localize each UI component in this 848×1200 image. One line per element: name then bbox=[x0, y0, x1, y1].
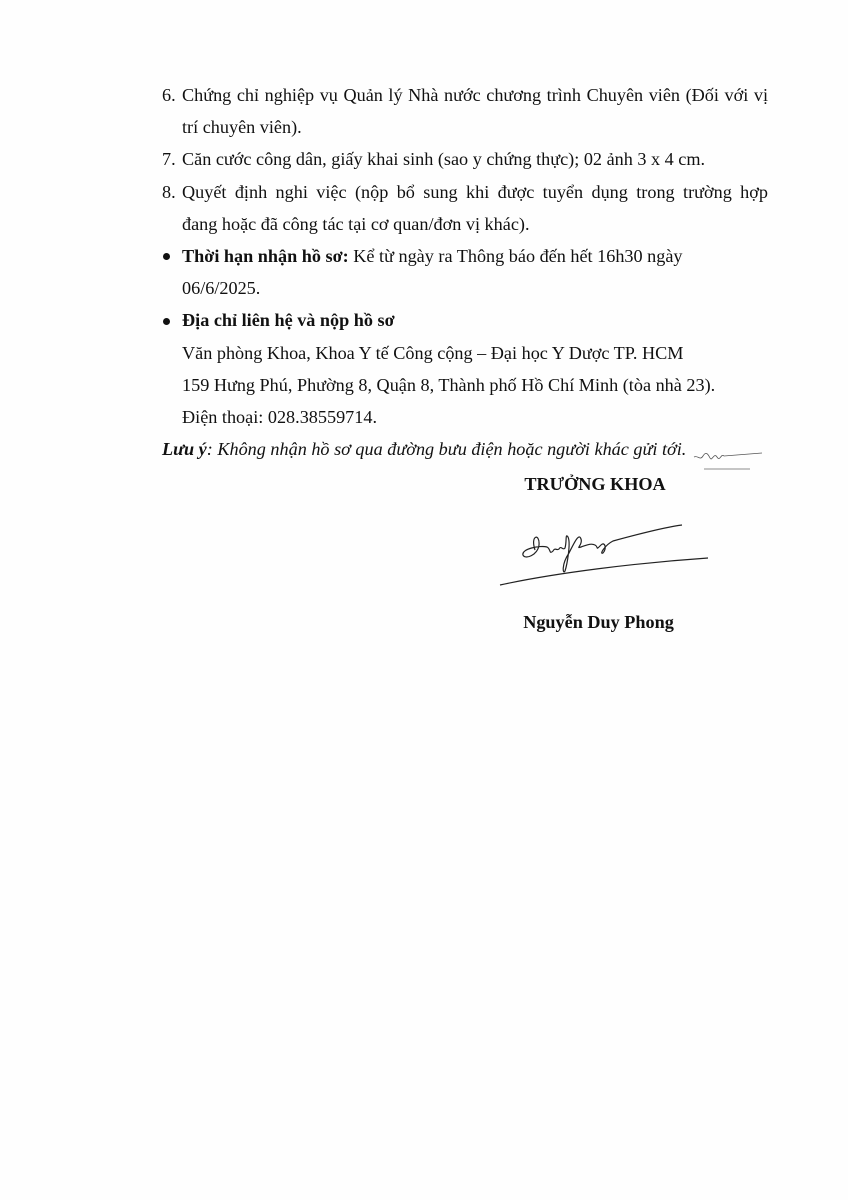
note-text: : Không nhận hồ sơ qua đường bưu điện ho… bbox=[207, 439, 687, 459]
list-item-6: 6.Chứng chỉ nghiệp vụ Quản lý Nhà nước c… bbox=[162, 84, 768, 106]
note-label: Lưu ý bbox=[162, 439, 207, 459]
contact-label: Địa chỉ liên hệ và nộp hồ sơ bbox=[182, 309, 395, 331]
list-item-8: 8.Quyết định nghi việc (nộp bổ sung khi … bbox=[162, 181, 768, 203]
contact-office: Văn phòng Khoa, Khoa Y tế Công cộng – Đạ… bbox=[182, 342, 683, 364]
deadline-label: Thời hạn nhận hồ sơ: bbox=[182, 246, 349, 266]
list-item-text: Chứng chỉ nghiệp vụ Quản lý Nhà nước chư… bbox=[182, 85, 768, 105]
contact-heading: Địa chỉ liên hệ và nộp hồ sơ bbox=[182, 310, 395, 330]
list-item-text: Căn cước công dân, giấy khai sinh (sao y… bbox=[182, 149, 705, 169]
deadline-date: 06/6/2025. bbox=[182, 277, 260, 299]
list-number: 8. bbox=[162, 181, 182, 203]
document-page: 6.Chứng chỉ nghiệp vụ Quản lý Nhà nước c… bbox=[0, 0, 848, 1200]
signature-title: TRƯỞNG KHOA bbox=[480, 474, 710, 495]
list-item-text: Quyết định nghi việc (nộp bổ sung khi đư… bbox=[182, 182, 768, 202]
signature-icon bbox=[495, 515, 715, 590]
deadline-line: Thời hạn nhận hồ sơ: Kể từ ngày ra Thông… bbox=[182, 245, 683, 267]
initials-mark-icon bbox=[690, 445, 770, 475]
list-item-6-cont: trí chuyên viên). bbox=[182, 116, 302, 138]
contact-phone: Điện thoại: 028.38559714. bbox=[182, 406, 377, 428]
list-item-8-cont: đang hoặc đã công tác tại cơ quan/đơn vị… bbox=[182, 213, 530, 235]
bullet-icon bbox=[163, 318, 170, 325]
deadline-text: Kể từ ngày ra Thông báo đến hết 16h30 ng… bbox=[349, 246, 683, 266]
note-line: Lưu ý: Không nhận hồ sơ qua đường bưu đi… bbox=[162, 438, 686, 460]
list-number: 7. bbox=[162, 148, 182, 170]
bullet-icon bbox=[163, 253, 170, 260]
signer-name: Nguyễn Duy Phong bbox=[480, 612, 717, 633]
contact-address: 159 Hưng Phú, Phường 8, Quận 8, Thành ph… bbox=[182, 374, 715, 396]
list-number: 6. bbox=[162, 84, 182, 106]
list-item-7: 7.Căn cước công dân, giấy khai sinh (sao… bbox=[162, 148, 705, 170]
